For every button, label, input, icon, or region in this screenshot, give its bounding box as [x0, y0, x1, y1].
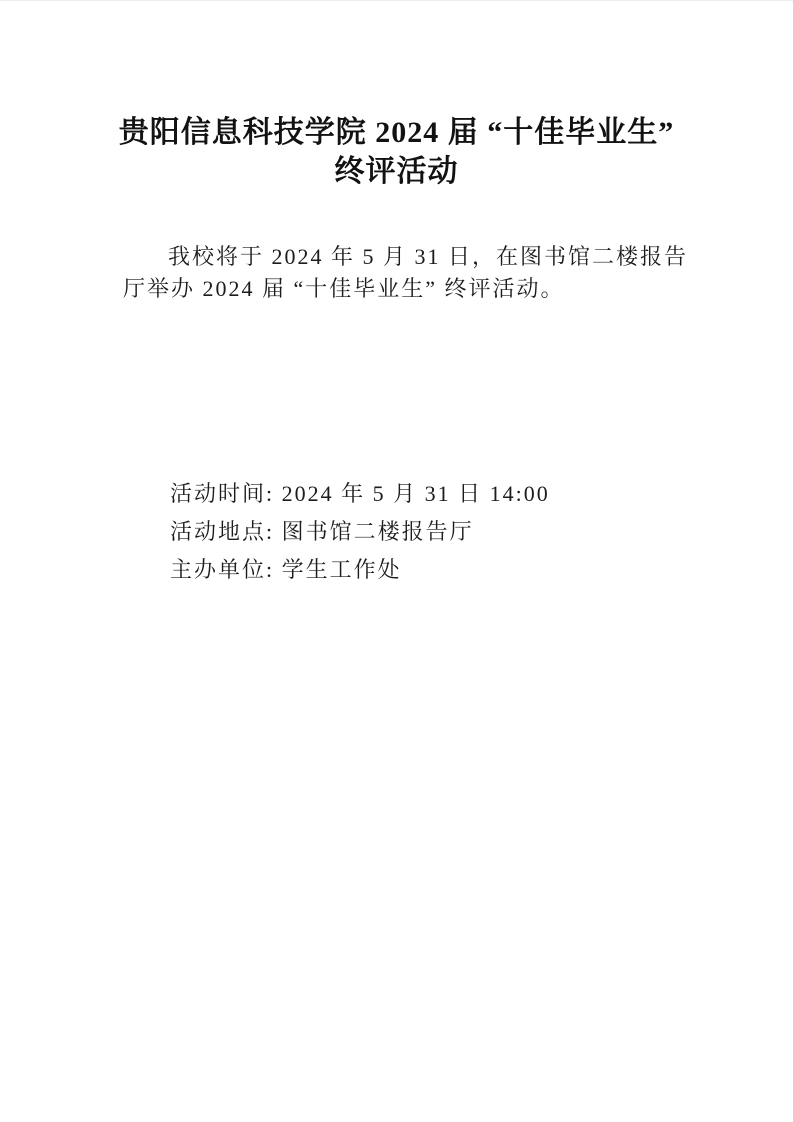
document-title: 贵阳信息科技学院 2024 届 “十佳毕业生” 终评活动	[0, 113, 793, 191]
detail-event-time: 活动时间: 2024 年 5 月 31 日 14:00	[170, 475, 550, 513]
detail-event-location: 活动地点: 图书馆二楼报告厅	[170, 513, 550, 551]
document-page: 贵阳信息科技学院 2024 届 “十佳毕业生” 终评活动 我校将于 2024 年…	[0, 0, 793, 1122]
title-line-2: 终评活动	[0, 152, 793, 191]
body-line-1: 我校将于 2024 年 5 月 31 日，在图书馆二楼报告	[123, 241, 719, 273]
event-details: 活动时间: 2024 年 5 月 31 日 14:00 活动地点: 图书馆二楼报…	[170, 475, 550, 589]
detail-organizer: 主办单位: 学生工作处	[170, 551, 550, 589]
body-line-2: 厅举办 2024 届 “十佳毕业生” 终评活动。	[123, 273, 719, 305]
title-line-1: 贵阳信息科技学院 2024 届 “十佳毕业生”	[0, 113, 793, 152]
body-paragraph: 我校将于 2024 年 5 月 31 日，在图书馆二楼报告 厅举办 2024 届…	[123, 241, 719, 305]
